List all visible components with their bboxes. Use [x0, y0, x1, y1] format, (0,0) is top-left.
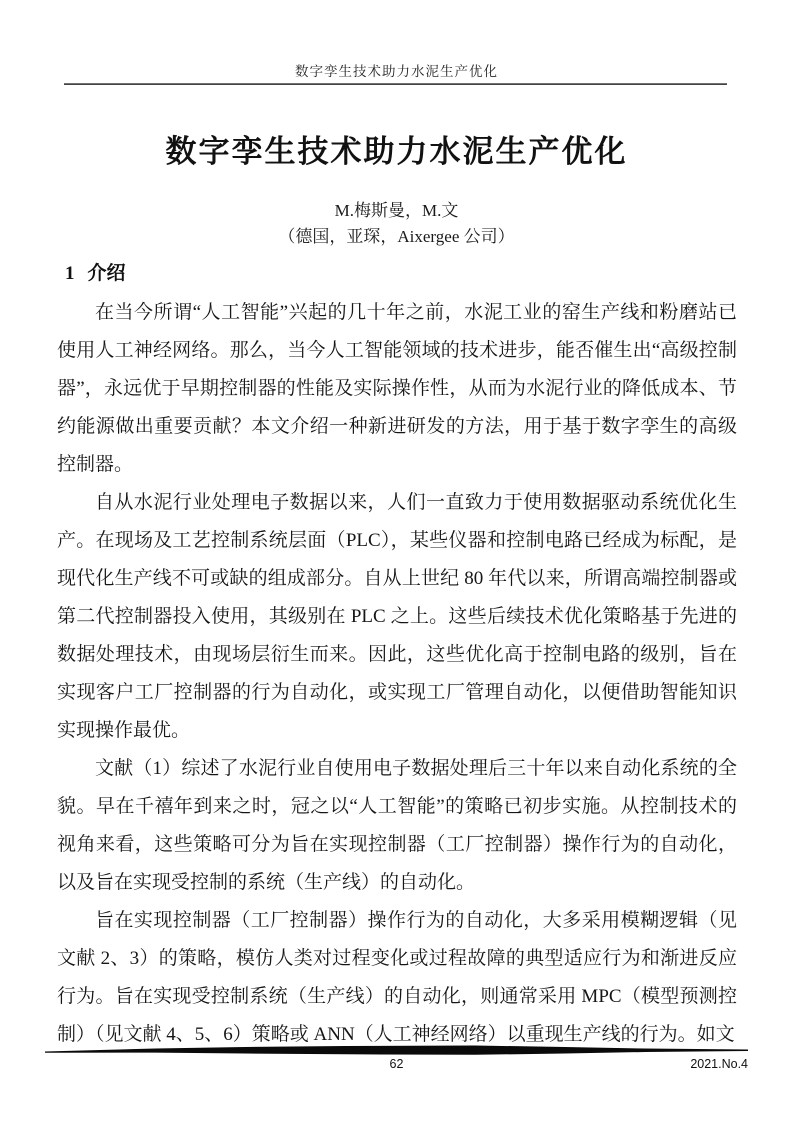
paragraph: 在当今所谓“人工智能”兴起的几十年之前，水泥工业的窑生产线和粉磨站已使用人工神经… — [57, 294, 737, 484]
issue-number: 2021.No.4 — [690, 1057, 748, 1071]
paragraph: 文献（1）综述了水泥行业自使用电子数据处理后三十年以来自动化系统的全貌。早在千禧… — [57, 750, 737, 902]
running-header-title: 数字孪生技术助力水泥生产优化 — [0, 60, 793, 80]
paragraph: 旨在实现控制器（工厂控制器）操作行为的自动化，大多采用模糊逻辑（见文献 2、3）… — [57, 902, 737, 1054]
footer-thick-rule — [45, 1044, 748, 1056]
document-page: 数字孪生技术助力水泥生产优化 数字孪生技术助力水泥生产优化 M.梅斯曼，M.文 … — [0, 0, 793, 1122]
article-body: 1介绍 在当今所谓“人工智能”兴起的几十年之前，水泥工业的窑生产线和粉磨站已使用… — [57, 258, 737, 1054]
page-number: 62 — [45, 1057, 748, 1071]
paragraph: 自从水泥行业处理电子数据以来，人们一直致力于使用数据驱动系统优化生产。在现场及工… — [57, 484, 737, 750]
authors-line: M.梅斯曼，M.文 — [0, 196, 793, 221]
section-heading: 1介绍 — [57, 258, 737, 285]
affiliation-line: （德国，亚琛，Aixergee 公司） — [0, 222, 793, 247]
section-title: 介绍 — [88, 263, 126, 284]
section-number: 1 — [65, 263, 75, 285]
footer: 62 2021.No.4 — [45, 1057, 748, 1075]
article-title: 数字孪生技术助力水泥生产优化 — [0, 126, 793, 171]
header-divider — [64, 83, 727, 85]
